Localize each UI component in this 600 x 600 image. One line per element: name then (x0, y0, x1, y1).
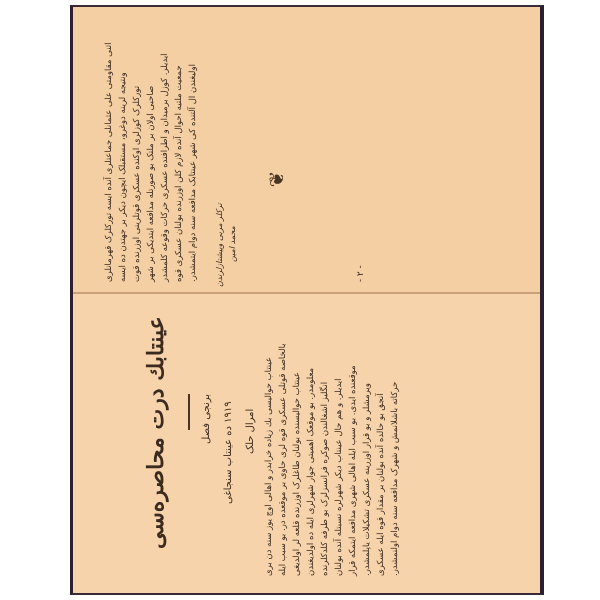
body-line: ایدیلر. و هم حال عینتاب دیکر شهرلره نسبت… (333, 378, 346, 576)
body-line: معلومدر. بو موقعک اهمیتی جوار شهرلری ایل… (305, 368, 318, 576)
body-line: ونتیجه لرینه دوغرو، مستقبلک ایچون دیکر ب… (117, 72, 130, 282)
title-divider (188, 394, 190, 430)
body-line: تورکلرک کوزلری اوکنده عسکری قوتلرینی اوز… (131, 86, 144, 282)
body-line: صاحبی اولان بر ملتک بو صورتله مدافعه ایت… (145, 86, 158, 282)
body-line: موقعنده ایدی. بو سبب ایله اهالی شهری مدا… (347, 365, 360, 576)
body-line: ویرمشلر و بو قرار اوزرینه عسکری تشکیلات … (361, 383, 374, 576)
document-title: عینتابك درت محاصره‌سی (143, 316, 169, 549)
bottom-page: عینتابك درت محاصره‌سی برنجی فصل ۱۹۱۹ ده … (73, 294, 540, 593)
floral-ornament-icon: ❦ (264, 171, 288, 188)
page-number: - ۲ - (356, 265, 366, 282)
top-page: - ۲ - اثنی مقاومتی علی عثمانلی جماعتلری … (73, 7, 540, 292)
chapter-subtitle: برنجی فصل (201, 394, 212, 444)
section-heading: امرال حلک (245, 409, 256, 454)
signature-name: محمد امین (228, 226, 237, 262)
body-line: اولیغندن ال آلتنده کی شهر عینتابک مدافعه… (187, 64, 200, 282)
body-line: انگلیز اشغالندن صوکره فرانسزلرک بو طرفه … (319, 382, 332, 576)
document-photo: - ۲ - اثنی مقاومتی علی عثمانلی جماعتلری … (70, 5, 544, 595)
date-line: ۱۹۱۹ ده عینتاب سنجاغی (223, 401, 234, 504)
body-line: جمعیت ملتیه احوال آنده لازم کلن اوزرنده … (173, 65, 186, 282)
body-line: حرکاته باشلانمش و شهرک مدافعه سنه دوام ا… (389, 382, 402, 576)
body-line: اثنی مقاومتی علی عثمانلی جماعتلری آنده ا… (103, 42, 116, 282)
body-line: عینتاب حوالیسی بك زیاده خرابدر و اهالی ا… (263, 357, 276, 576)
body-line: ایدیلر. کوزل برمیدان و اطرافنده عسکری حر… (159, 53, 172, 282)
body-line: بالخاصه قوتلی عسکری قوه لری حاوی بر موقع… (277, 343, 290, 576)
signature-line: ترکلر مربی وپیشتازلرندن (215, 203, 224, 287)
body-line: آنجق بو حالده آنده بولنان بر مقدار قوه ا… (375, 393, 388, 576)
body-line: عینتاب حوالیسنده بولنان طاغلرک اوزرنده ق… (291, 372, 304, 576)
